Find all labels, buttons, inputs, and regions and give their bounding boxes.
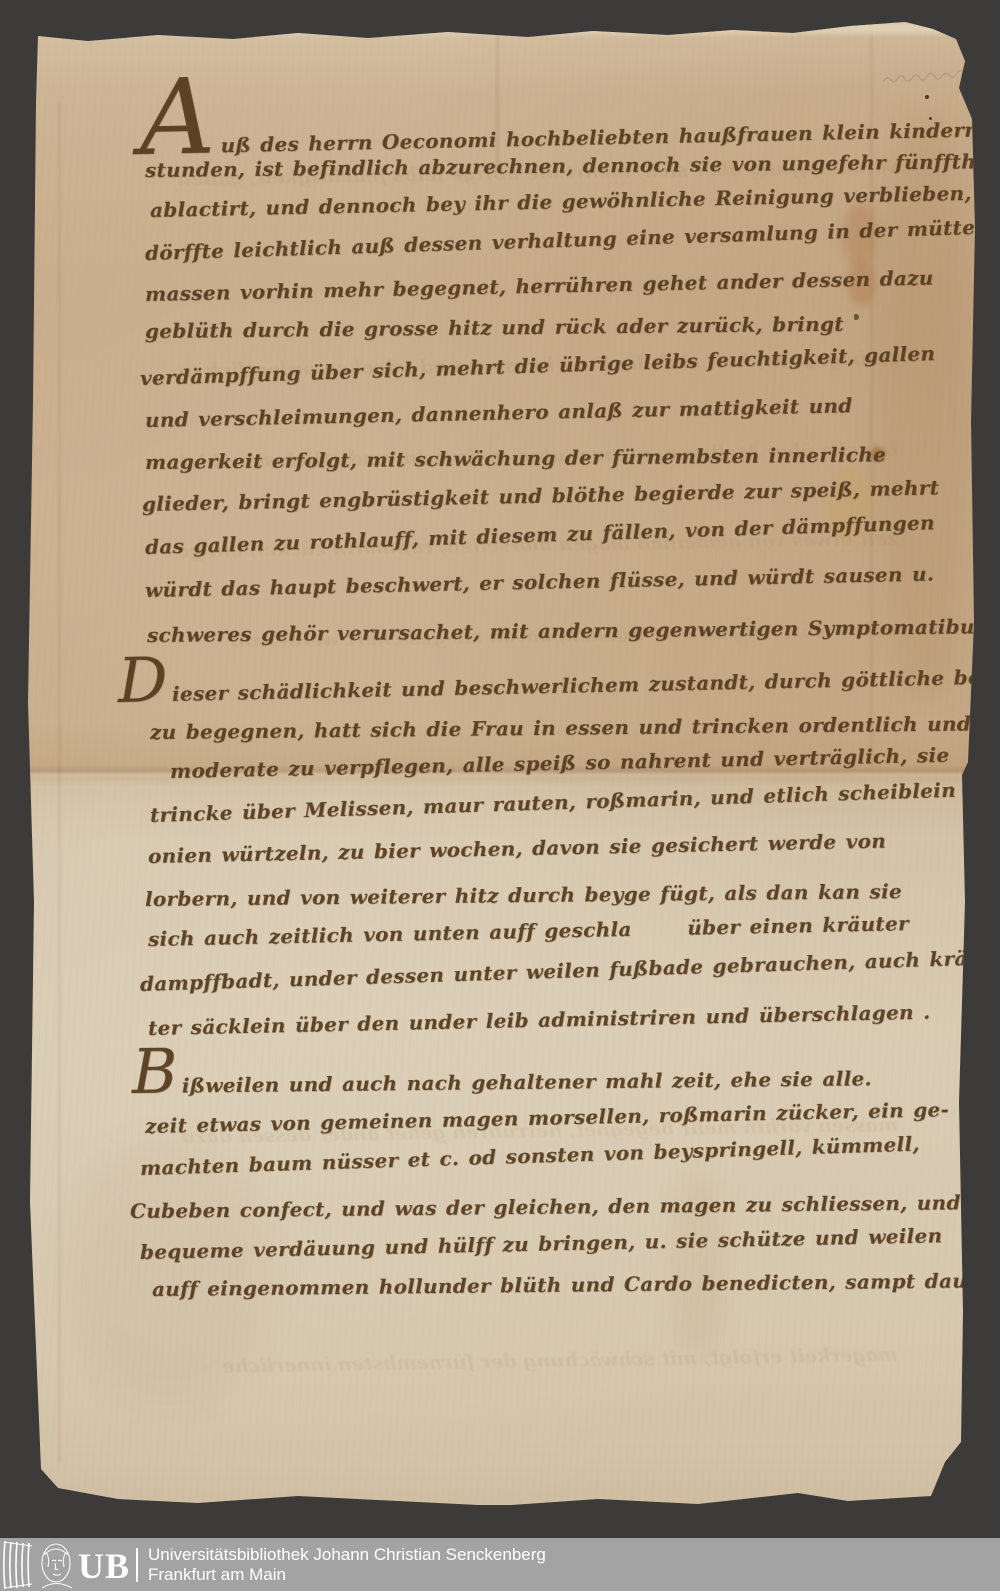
manuscript-line: auff eingenommen hollunder blüth und Car… (152, 1268, 1000, 1301)
ub-logo: UB (0, 1538, 138, 1591)
manuscript-line: würdt das haupt beschwert, er solchen fl… (145, 561, 935, 602)
manuscript-line: glieder, bringt engbrüstigkeit und blöth… (142, 475, 940, 516)
manuscript-line: trincke über Melissen, maur rauten, roßm… (150, 776, 1000, 827)
manuscript-line: und verschleimungen, dannenhero anlaß zu… (145, 393, 853, 432)
book-pages-icon (2, 1540, 34, 1590)
manuscript-line: sich auch zeitlich von unten auff geschl… (148, 911, 909, 951)
manuscript-page: verdämpffung über sich, mehrt die übrige… (28, 22, 975, 1505)
library-name-line2: Frankfurt am Main (148, 1565, 546, 1585)
logo-separator (136, 1548, 138, 1582)
library-name-line1: Universitätsbibliothek Johann Christian … (148, 1545, 546, 1565)
manuscript-line: massen vorhin mehr begegnet, herrühren g… (145, 265, 934, 306)
manuscript-line: Bißweilen und auch nach gehaltener mahl … (132, 1061, 872, 1098)
bleedthrough-line: magerkeit erfolgt, mit schwächung der fü… (178, 1344, 898, 1383)
manuscript-line: Cubeben confect, und was der gleichen, d… (130, 1190, 961, 1223)
manuscript-line: zu begegnen, hatt sich die Frau in essen… (150, 711, 971, 744)
manuscript-line: ter säcklein über den under leib adminis… (148, 1000, 931, 1040)
manuscript-line: dörffte leichtlich auß dessen verhaltung… (145, 214, 992, 265)
ink-mark (854, 314, 859, 320)
ub-logo-text: UB (78, 1548, 130, 1584)
vertical-crease (58, 102, 61, 1462)
library-name: Universitätsbibliothek Johann Christian … (148, 1545, 546, 1585)
senckenberg-portrait-icon (36, 1541, 76, 1589)
manuscript-line: verdämpffung über sich, mehrt die übrige… (140, 341, 936, 390)
manuscript-line: geblüth durch die grosse hitz und rück a… (145, 312, 844, 343)
manuscript-line: lorbern, und von weiterer hitz durch bey… (145, 879, 902, 911)
library-banner: UB Universitätsbibliothek Johann Christi… (0, 1538, 1000, 1591)
manuscript-line: onien würtzeln, zu bier wochen, davon si… (148, 829, 887, 868)
manuscript-line: magerkeit erfolgt, mit schwächung der fü… (145, 442, 886, 474)
manuscript-line: dampffbadt, under dessen unter weilen fu… (140, 945, 992, 996)
manuscript-line: Dieser schädlichkeit und beschwerlichem … (118, 658, 1000, 707)
faint-inscription (880, 66, 970, 92)
manuscript-line: bequeme verdäuung und hülff zu bringen, … (140, 1223, 943, 1264)
